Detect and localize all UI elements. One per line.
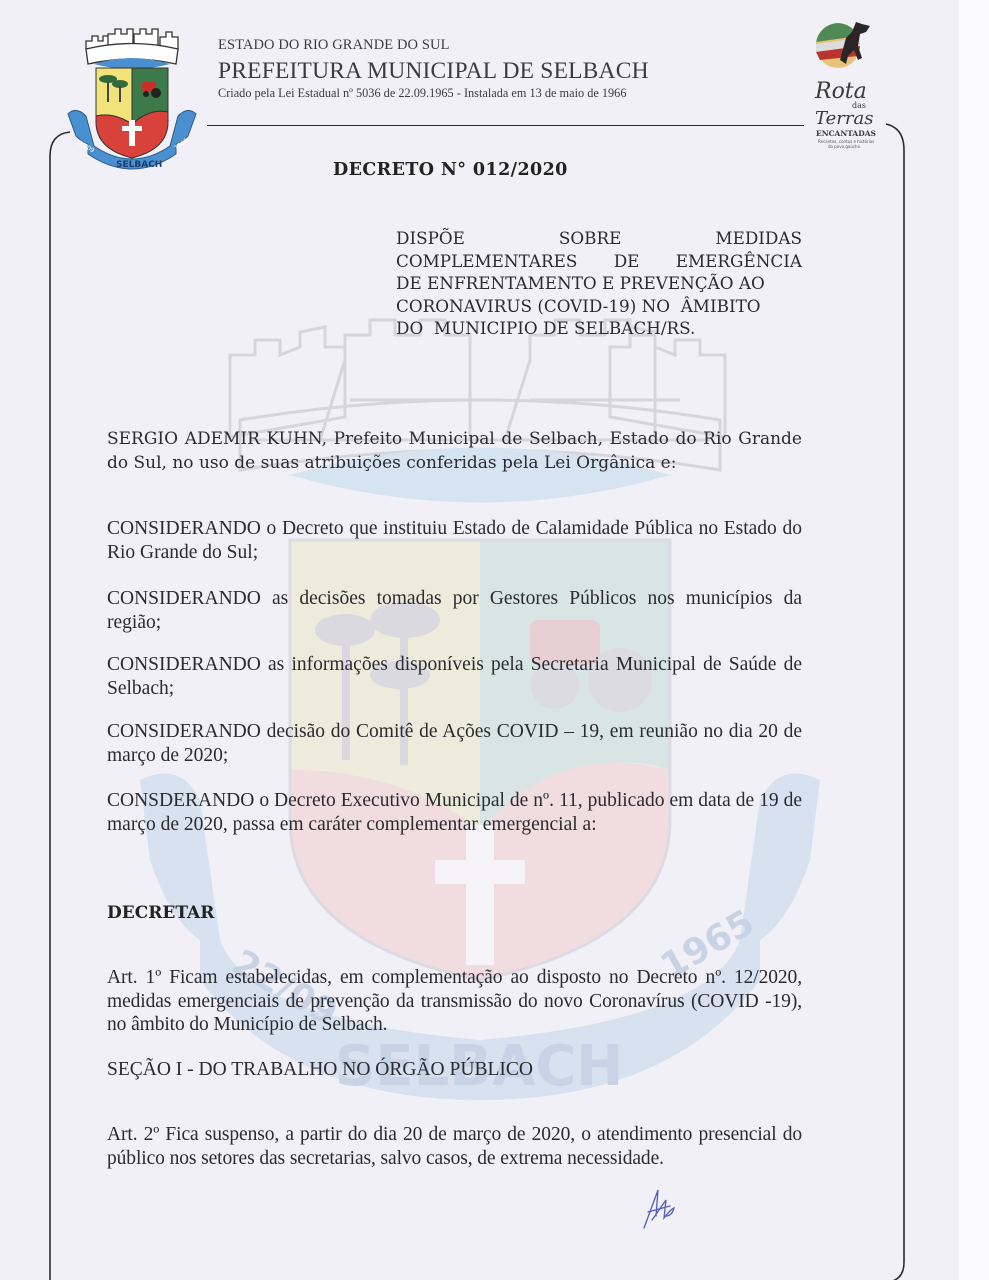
header-state: ESTADO DO RIO GRANDE DO SUL <box>218 37 450 54</box>
svg-text:SELBACH: SELBACH <box>116 160 162 170</box>
section-1-heading: SEÇÃO I - DO TRABALHO NO ÓRGÃO PÚBLICO <box>107 1058 802 1082</box>
considerando-4: CONSIDERANDO decisão do Comitê de Ações … <box>107 720 802 767</box>
ementa-line: CORONAVIRUS (COVID-19) NO ÂMIBITO <box>396 295 802 318</box>
rota-das-terras-logo: Rota das Terras ENCANTADAS Recantos, con… <box>810 20 890 160</box>
ementa-line: DISPÕE SOBRE MEDIDAS <box>396 227 802 250</box>
considerando-1: CONSIDERANDO o Decreto que instituiu Est… <box>107 517 802 564</box>
header-divider <box>207 125 804 126</box>
ementa-line: DO MUNICIPIO DE SELBACH/RS. <box>396 317 802 340</box>
header-prefeitura: PREFEITURA MUNICIPAL DE SELBACH <box>218 58 649 85</box>
signature-initials-icon <box>636 1186 680 1232</box>
svg-text:do povo gaúcho: do povo gaúcho <box>828 144 861 149</box>
decree-title: DECRETO N° 012/2020 <box>333 160 568 180</box>
svg-text:ENCANTADAS: ENCANTADAS <box>816 129 876 138</box>
coat-of-arms-icon: SELBACH 22/09 1965 <box>64 24 200 174</box>
ementa-line: COMPLEMENTARES DE EMERGÊNCIA <box>396 250 802 273</box>
page-edge <box>959 0 989 1280</box>
considerando-5: CONSDERANDO o Decreto Executivo Municipa… <box>107 789 802 836</box>
decretar-heading: DECRETAR <box>107 903 214 923</box>
intro-paragraph: SERGIO ADEMIR KUHN, Prefeito Municipal d… <box>107 427 802 475</box>
article-1: Art. 1º Ficam estabelecidas, em compleme… <box>107 966 802 1037</box>
header-creation-note: Criado pela Lei Estadual nº 5036 de 22.0… <box>218 86 626 101</box>
considerando-2: CONSIDERANDO as decisões tomadas por Ges… <box>107 587 802 634</box>
svg-text:Terras: Terras <box>815 108 873 129</box>
ementa-line: DE ENFRENTAMENTO E PREVENÇÃO AO <box>396 272 802 295</box>
article-2: Art. 2º Fica suspenso, a partir do dia 2… <box>107 1123 802 1170</box>
decree-ementa: DISPÕE SOBRE MEDIDAS COMPLEMENTARES DE E… <box>396 227 802 340</box>
considerando-3: CONSIDERANDO as informações disponíveis … <box>107 653 802 700</box>
